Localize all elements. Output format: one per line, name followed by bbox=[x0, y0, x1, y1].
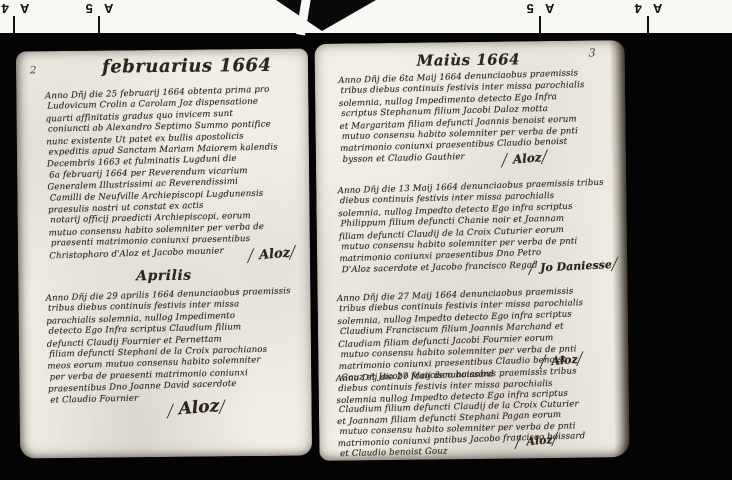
page-number-left: 2 bbox=[30, 65, 36, 76]
page-number-right: 3 bbox=[589, 46, 596, 59]
splice-triangle-icon bbox=[276, 0, 376, 31]
left-page: 2 februarius 1664 Anno Dñj die 25 februa… bbox=[16, 48, 312, 458]
microfilm-frame: A 4 A 5 A 5 A 4 2 februarius 1664 Anno D… bbox=[0, 0, 732, 480]
film-frame-marker-a4-right: A 4 bbox=[628, 1, 668, 16]
film-frame-tick bbox=[98, 16, 100, 33]
marriage-record-apr29: Anno Dñj die 29 aprilis 1664 denunciaobu… bbox=[46, 287, 294, 407]
film-frame-tick bbox=[13, 16, 15, 33]
month-header-aprilis: Aprilis bbox=[136, 268, 192, 285]
priest-signature: Aloz bbox=[501, 149, 553, 167]
marriage-record-feb25: Anno Dñj die 25 februarij 1664 obtenta p… bbox=[45, 85, 279, 262]
film-frame-marker-a4-left: A 4 bbox=[0, 1, 35, 16]
film-frame-marker-a5-right: A 5 bbox=[520, 1, 560, 16]
film-frame-tick bbox=[539, 16, 541, 33]
film-header-strip: A 4 A 5 A 5 A 4 bbox=[0, 0, 732, 33]
page-edge-shadow bbox=[609, 40, 629, 457]
film-frame-tick bbox=[647, 16, 649, 33]
witness-signature: Jo Daniesse bbox=[529, 257, 623, 275]
priest-signature: Aloz bbox=[167, 395, 231, 420]
priest-signature: Aloz bbox=[247, 245, 301, 264]
month-header-maius: Maiùs 1664 bbox=[417, 50, 521, 69]
month-header-februarius: februarius 1664 bbox=[102, 55, 272, 78]
film-frame-marker-a5-left: A 5 bbox=[79, 1, 119, 16]
right-page: Maiùs 1664 3 Anno Dñj die 6ta Maij 1664 … bbox=[314, 40, 629, 461]
